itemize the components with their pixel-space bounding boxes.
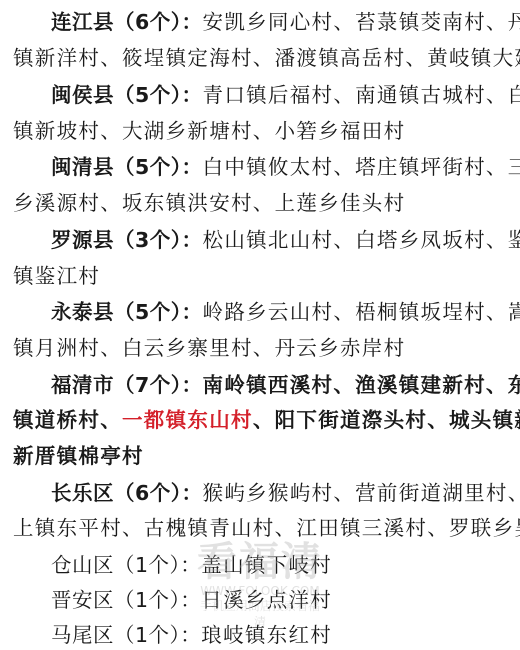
entry-minqing-line2: 乡溪源村、坂东镇洪安村、上莲乡佳头村 [13, 185, 513, 221]
village-text: 日溪乡点洋村 [201, 588, 332, 612]
entry-lianjiang-line1: 连江县（6个）：安凯乡同心村、苔菉镇茭南村、丹阳 [51, 4, 520, 40]
entry-fuqing-line3: 新厝镇棉亭村 [13, 438, 513, 474]
entry-fuqing-line1: 福清市（7个）：南岭镇西溪村、渔溪镇建新村、东张 [51, 367, 520, 403]
entry-minhou-line2: 镇新坡村、大湖乡新塘村、小箬乡福田村 [13, 113, 513, 149]
village-text: 、阳下街道漈头村、城头镇新楼村、 [253, 408, 520, 432]
county-label: 长乐区（6个）： [51, 481, 203, 505]
entry-changle-line2: 上镇东平村、古槐镇青山村、江田镇三溪村、罗联乡吴村村 [13, 510, 513, 546]
entry-yongtai-line2: 镇月洲村、白云乡寨里村、丹云乡赤岸村 [13, 330, 513, 366]
village-text: 松山镇北山村、白塔乡凤坂村、鉴江 [203, 228, 520, 252]
highlighted-village: 一都镇东山村 [122, 408, 253, 432]
entry-changle-line1: 长乐区（6个）：猴屿乡猴屿村、营前街道湖里村、鹤 [51, 475, 520, 511]
entry-luoyuan-line1: 罗源县（3个）：松山镇北山村、白塔乡凤坂村、鉴江 [51, 222, 520, 258]
village-text: 南岭镇西溪村、渔溪镇建新村、东张 [203, 373, 520, 397]
entry-luoyuan-line2: 镇鉴江村 [13, 258, 513, 294]
entry-minqing-line1: 闽清县（5个）：白中镇攸太村、塔庄镇坪街村、三溪 [51, 149, 520, 185]
county-label: 福清市（7个）： [51, 373, 203, 397]
county-label: 仓山区（1个）： [51, 553, 201, 577]
entry-lianjiang-line2: 镇新洋村、筱埕镇定海村、潘渡镇高岳村、黄岐镇大建村 [13, 40, 513, 76]
county-label: 马尾区（1个）： [51, 623, 201, 647]
entry-mawei-line1: 马尾区（1个）：琅岐镇东红村 [51, 617, 520, 650]
village-text: 盖山镇下岐村 [201, 553, 332, 577]
entry-cangshan-line1: 仓山区（1个）：盖山镇下岐村 [51, 547, 520, 583]
village-text: 琅岐镇东红村 [201, 623, 332, 647]
village-text: 镇道桥村、 [13, 408, 122, 432]
county-label: 永泰县（5个）： [51, 300, 203, 324]
entry-fuqing-line2: 镇道桥村、一都镇东山村、阳下街道漈头村、城头镇新楼村、 [13, 402, 513, 438]
village-text: 青口镇后福村、南通镇古城村、白沙 [203, 83, 520, 107]
village-text: 猴屿乡猴屿村、营前街道湖里村、鹤 [203, 481, 520, 505]
entry-jinan-line1: 晋安区（1个）：日溪乡点洋村 [51, 582, 520, 618]
county-label: 闽清县（5个）： [51, 155, 203, 179]
county-label: 罗源县（3个）： [51, 228, 203, 252]
county-label: 闽侯县（5个）： [51, 83, 203, 107]
county-label: 晋安区（1个）： [51, 588, 201, 612]
county-label: 连江县（6个）： [51, 10, 203, 34]
village-text: 白中镇攸太村、塔庄镇坪街村、三溪 [203, 155, 520, 179]
entry-yongtai-line1: 永泰县（5个）：岭路乡云山村、梧桐镇坂埕村、嵩口 [51, 294, 520, 330]
entry-minhou-line1: 闽侯县（5个）：青口镇后福村、南通镇古城村、白沙 [51, 77, 520, 113]
village-text: 安凯乡同心村、苔菉镇茭南村、丹阳 [203, 10, 520, 34]
village-text: 岭路乡云山村、梧桐镇坂埕村、嵩口 [203, 300, 520, 324]
